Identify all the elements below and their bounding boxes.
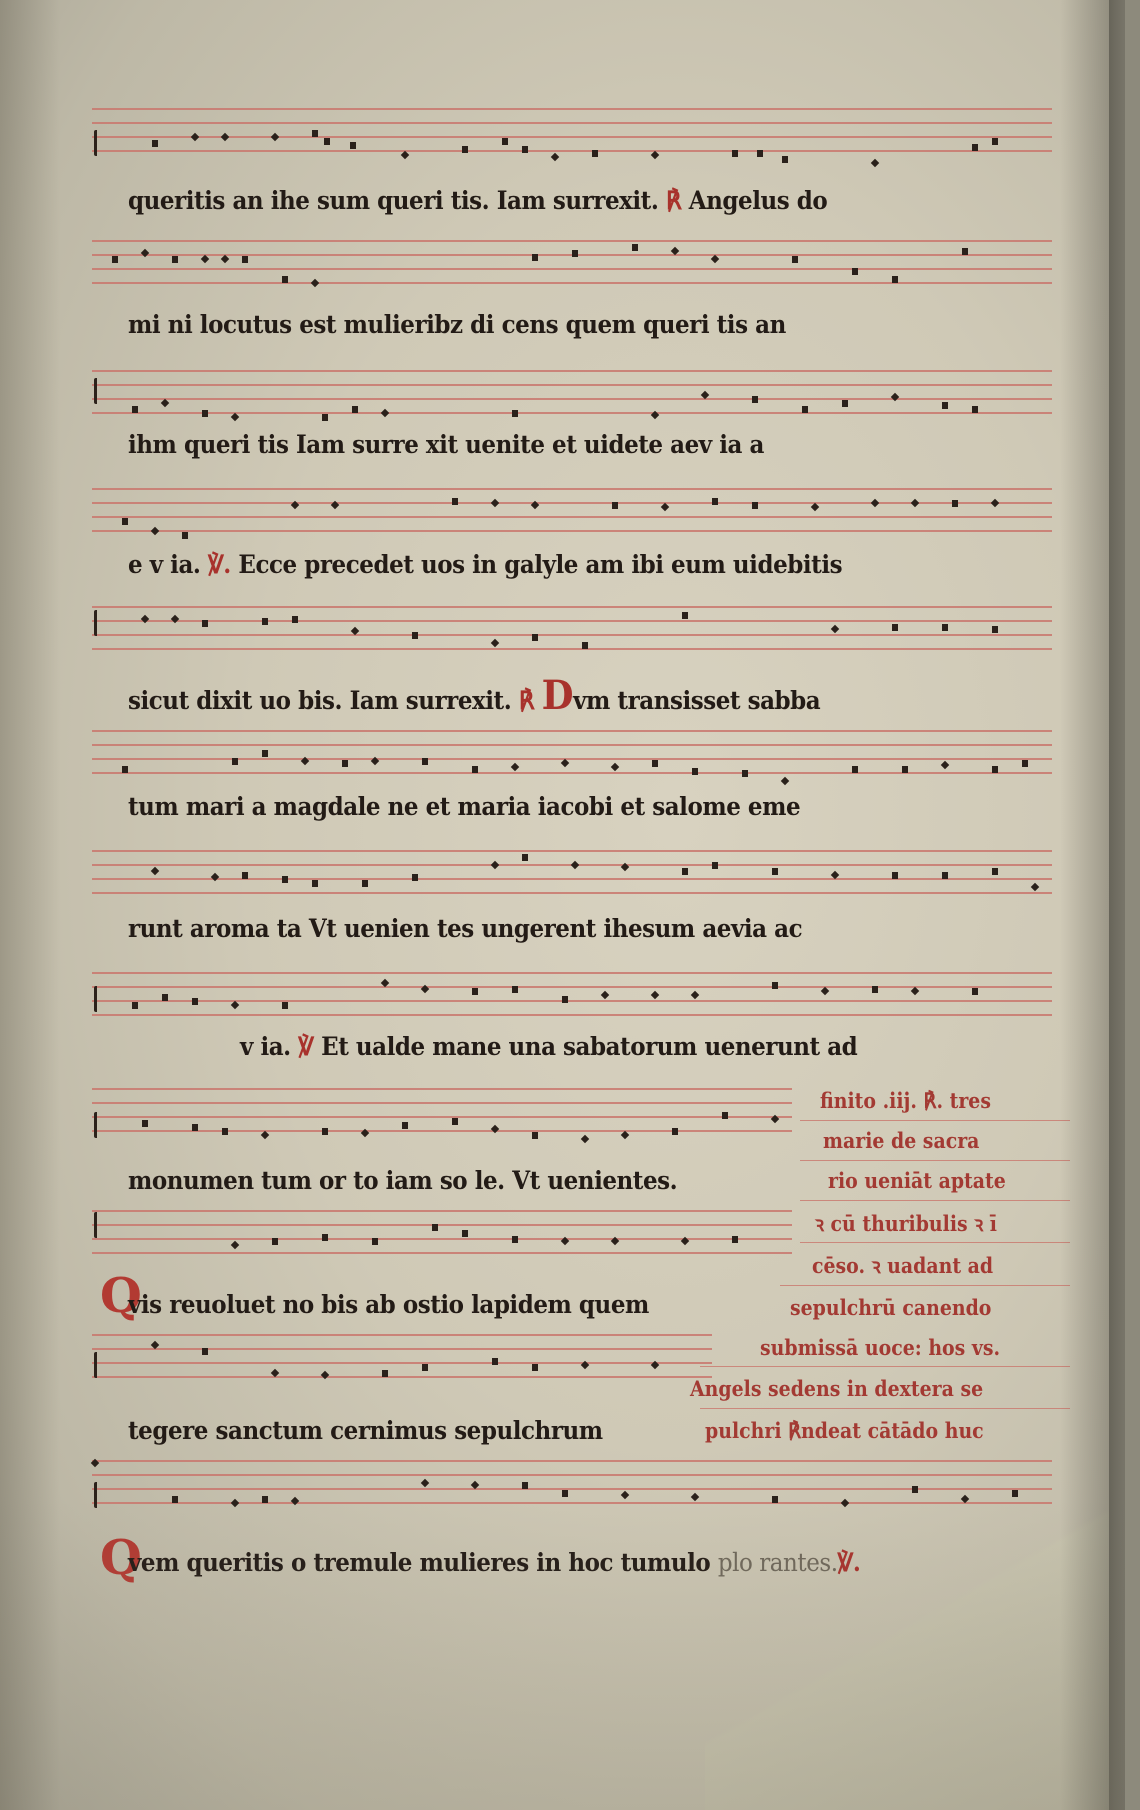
staff-9: [92, 1088, 792, 1140]
responsory-symbol: ℟: [666, 186, 681, 215]
staff-8: [92, 972, 1052, 1024]
lyric-line-8: v ia. ℣ Et ualde mane una sabatorum uene…: [240, 1032, 857, 1061]
staff-10: [92, 1210, 792, 1262]
lyric-line-9: monumen tum or to iam so le. Vt ueniente…: [128, 1166, 677, 1195]
c-clef-icon: [94, 1352, 103, 1378]
lyric-line-11: tegere sanctum cernimus sepulchrum: [128, 1416, 603, 1445]
staff-11: [92, 1334, 712, 1386]
c-clef-icon: [94, 1112, 103, 1138]
lyric-line-3: ihm queri tis Iam surre xit uenite et ui…: [128, 430, 764, 459]
c-clef-icon: [94, 1212, 103, 1238]
responsory-symbol: ℟: [519, 686, 534, 715]
c-clef-icon: [94, 1482, 103, 1508]
lyric-line-5: sicut dixit uo bis. Iam surrexit. ℟ Dvm …: [128, 672, 820, 719]
lyric-line-12: vem queritis o tremule mulieres in hoc t…: [128, 1548, 860, 1577]
lyric-line-4: e v ia. ℣. Ecce precedet uos in galyle a…: [128, 550, 842, 579]
binding-edge: [1109, 0, 1125, 1810]
staff-12: [92, 1460, 1052, 1512]
lyric-line-6: tum mari a magdale ne et maria iacobi et…: [128, 792, 800, 821]
faded-text: plo rantes.: [718, 1548, 838, 1577]
lyric-line-2: mi ni locutus est mulieribz di cens quem…: [128, 310, 786, 339]
versicle-symbol: ℣.: [208, 550, 231, 579]
c-clef-icon: [94, 130, 103, 156]
staff-6: [92, 730, 1052, 782]
c-clef-icon: [94, 986, 103, 1012]
decorated-initial-d: D: [542, 672, 573, 719]
staff-4: [92, 488, 1052, 540]
staff-7: [92, 850, 1052, 902]
c-clef-icon: [94, 378, 103, 404]
versicle-symbol: ℣: [298, 1032, 313, 1061]
staff-5: [92, 606, 1052, 658]
staff-3: [92, 370, 1052, 422]
versicle-symbol: ℣.: [838, 1548, 861, 1577]
lyric-line-10: vis reuoluet no bis ab ostio lapidem que…: [128, 1290, 649, 1319]
lyric-line-1: queritis an ihe sum queri tis. Iam surre…: [128, 186, 827, 215]
manuscript-page: queritis an ihe sum queri tis. Iam surre…: [0, 0, 1125, 1810]
lyric-line-7: runt aroma ta Vt uenien tes ungerent ihe…: [128, 914, 802, 943]
staff-2: [92, 240, 1052, 292]
staff-1: [92, 108, 1052, 160]
c-clef-icon: [94, 610, 103, 636]
